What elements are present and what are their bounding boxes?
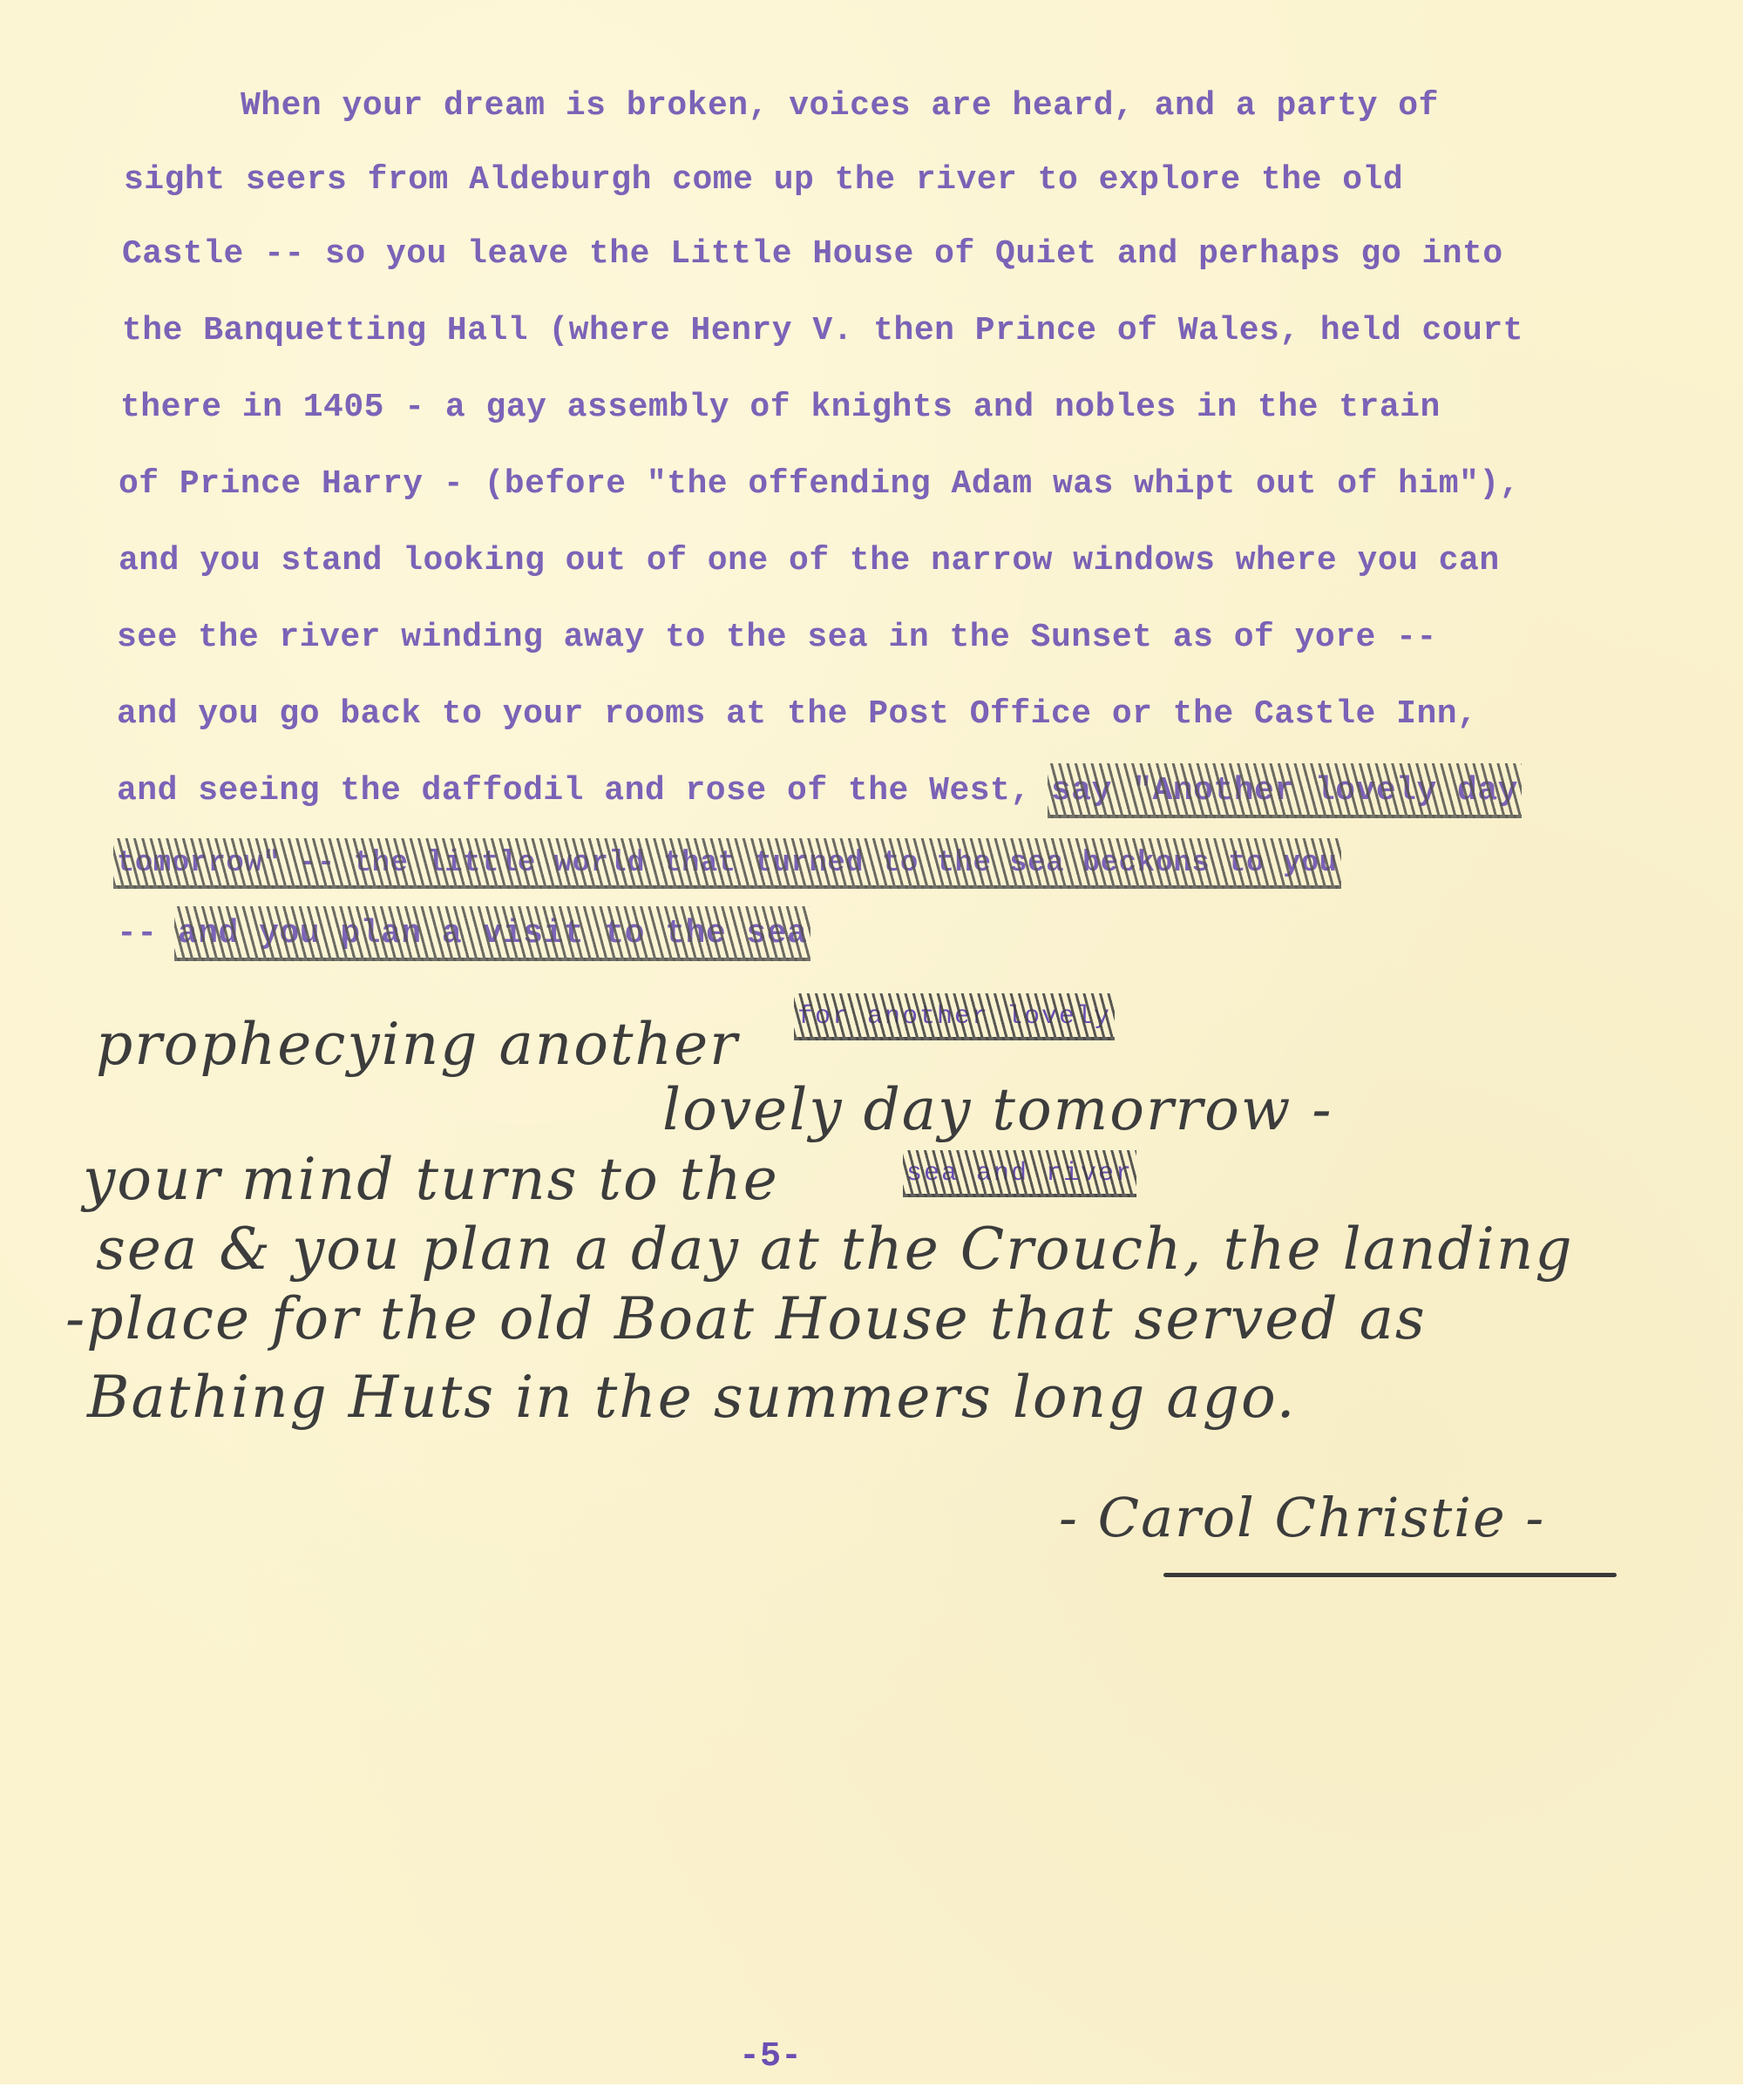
scribble-strikeout xyxy=(113,838,1341,889)
dash: -- xyxy=(117,915,158,952)
typed-line-7: and you stand looking out of one of the … xyxy=(119,542,1500,579)
handwritten-struck-1: for another lovely xyxy=(797,1002,1111,1032)
handwritten-struck-2: sea and river xyxy=(906,1159,1133,1189)
handwritten-line-6: Bathing Huts in the summers long ago. xyxy=(87,1364,1297,1431)
typed-line-2: sight seers from Aldeburgh come up the r… xyxy=(124,161,1403,199)
scribble-strikeout xyxy=(903,1150,1136,1197)
typed-line-1: When your dream is broken, voices are he… xyxy=(241,87,1439,125)
scribble-strikeout xyxy=(794,993,1115,1040)
struck-text: and you plan a visit to the sea xyxy=(178,915,807,952)
struck-text: for another lovely xyxy=(797,1002,1111,1032)
signature-underline xyxy=(1163,1573,1617,1577)
typed-line-8: see the river winding away to the sea in… xyxy=(117,619,1437,656)
typed-line-10-text: and seeing the daffodil and rose of the … xyxy=(117,772,1031,810)
handwritten-line-2: lovely day tomorrow - xyxy=(662,1076,1333,1143)
signature: - Carol Christie - xyxy=(1059,1486,1545,1549)
struck-text: tomorrow" -- the little world that turne… xyxy=(117,847,1338,880)
handwritten-line-5: -place for the old Boat House that serve… xyxy=(65,1285,1427,1352)
document-page: When your dream is broken, voices are he… xyxy=(0,0,1743,2084)
handwritten-line-1: prophecying another xyxy=(96,1011,739,1078)
typed-line-4: the Banquetting Hall (where Henry V. the… xyxy=(122,312,1523,349)
typed-line-10: and seeing the daffodil and rose of the … xyxy=(117,772,1518,810)
typed-line-3: Castle -- so you leave the Little House … xyxy=(122,235,1503,273)
scribble-strikeout xyxy=(1048,763,1522,818)
handwritten-line-3: your mind turns to the xyxy=(83,1146,779,1213)
handwritten-line-4: sea & you plan a day at the Crouch, the … xyxy=(96,1216,1574,1283)
struck-text: sea and river xyxy=(906,1159,1133,1189)
typed-line-11: tomorrow" -- the little world that turne… xyxy=(117,847,1338,880)
struck-text: say "Another lovely day xyxy=(1051,772,1518,810)
typed-line-9: and you go back to your rooms at the Pos… xyxy=(117,695,1477,733)
typed-line-12: -- and you plan a visit to the sea xyxy=(117,915,807,952)
page-number: -5- xyxy=(739,2037,802,2076)
scribble-strikeout xyxy=(174,906,810,961)
typed-line-6: of Prince Harry - (before "the offending… xyxy=(119,465,1520,503)
typed-line-5: there in 1405 - a gay assembly of knight… xyxy=(120,389,1441,426)
